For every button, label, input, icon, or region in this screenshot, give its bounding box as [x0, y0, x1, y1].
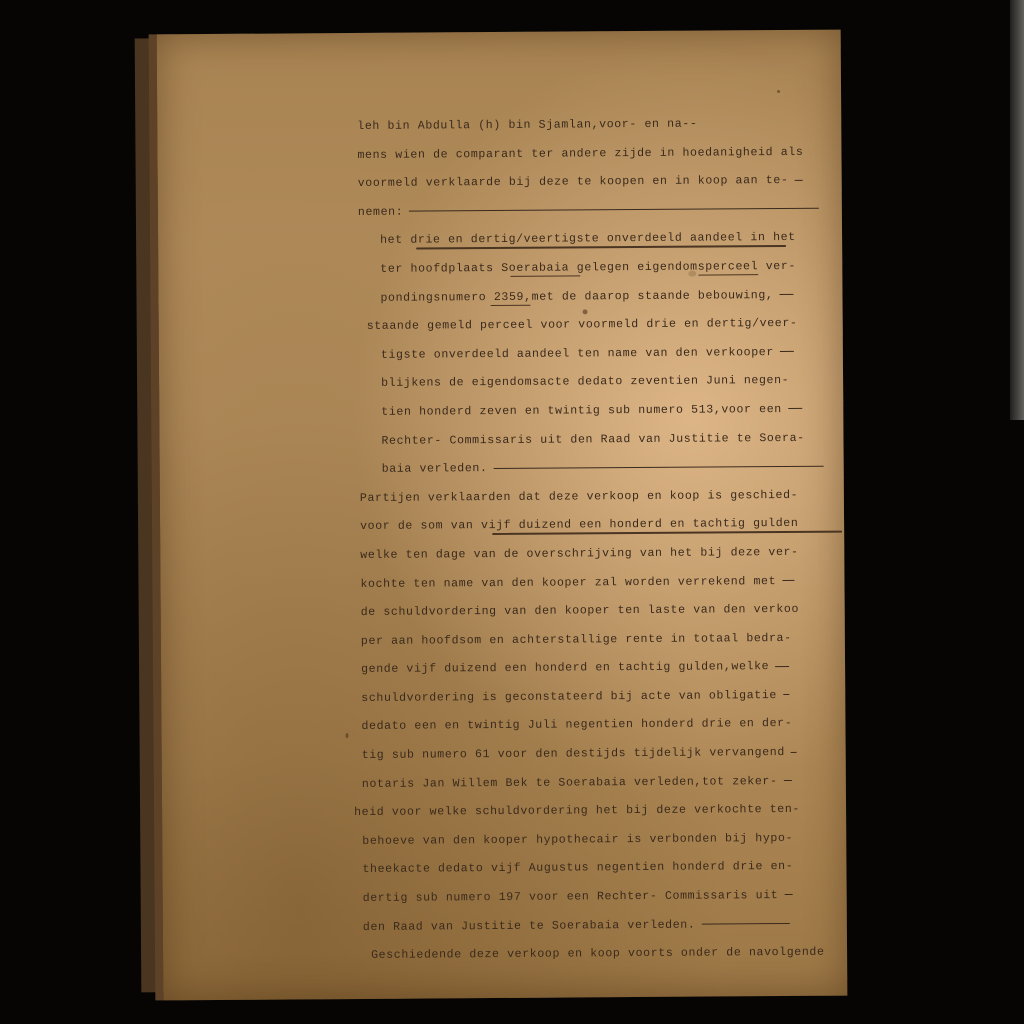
text-line: leh bin Abdulla (h) bin Sjamlan,voor- en…	[357, 110, 837, 142]
text-line: Geschiedende deze verkoop en koop voorts…	[363, 939, 843, 971]
text-line: voor de som van vijf duizend een honderd…	[360, 510, 840, 542]
text-line: behoeve van den kooper hypothecair is ve…	[362, 824, 842, 856]
text-line: het drie en dertig/veertigste onverdeeld…	[358, 224, 838, 256]
text-line: tig sub numero 61 voor den destijds tijd…	[362, 739, 842, 771]
text-line: notaris Jan Willem Bek te Soerabaia verl…	[362, 767, 842, 799]
adjacent-page-edge	[1010, 0, 1024, 420]
text-line: heid voor welke schuldvordering het bij …	[354, 796, 842, 828]
text-line: theekacte dedato vijf Augustus negentien…	[362, 853, 842, 885]
text-line: voormeld verklaarde bij deze te koopen e…	[358, 167, 838, 199]
text-line: de schuldvordering van den kooper ten la…	[361, 596, 841, 628]
underline	[698, 274, 758, 276]
text-line: mens wien de comparant ter andere zijde …	[357, 138, 837, 170]
text-line: per aan hoofdsom en achterstallige rente…	[361, 624, 841, 656]
text-line: gende vijf duizend een honderd en tachti…	[361, 653, 841, 685]
text-line: pondingsnumero 2359,met de daarop staand…	[358, 281, 838, 313]
text-line: den Raad van Justitie te Soerabaia verle…	[363, 910, 843, 942]
text-line: blijkens de eigendomsacte dedato zeventi…	[359, 367, 839, 399]
text-line: tigste onverdeeld aandeel ten name van d…	[359, 338, 839, 370]
text-line: ter hoofdplaats Soerabaia gelegen eigend…	[358, 253, 838, 285]
text-line: baia verleden.	[360, 453, 840, 485]
text-line: staande gemeld perceel voor voormeld dri…	[359, 310, 839, 342]
text-line: tien honderd zeven en twintig sub numero…	[359, 396, 839, 428]
text-line: dedato een en twintig Juli negentien hon…	[361, 710, 841, 742]
paper-spot	[777, 90, 780, 93]
underline	[491, 304, 531, 305]
document-page: leh bin Abdulla (h) bin Sjamlan,voor- en…	[149, 30, 848, 1001]
text-line: Partijen verklaarden dat deze verkoop en…	[360, 481, 840, 513]
text-line: dertig sub numero 197 voor een Rechter- …	[363, 882, 843, 914]
underline	[510, 275, 580, 277]
text-line: nemen:	[358, 195, 838, 227]
paper-spot	[346, 733, 349, 738]
text-line: welke ten dage van de overschrijving van…	[360, 539, 840, 571]
typed-text: leh bin Abdulla (h) bin Sjamlan,voor- en…	[357, 110, 843, 971]
text-line: kochte ten name van den kooper zal worde…	[360, 567, 840, 599]
text-line: schuldvordering is geconstateerd bij act…	[361, 681, 841, 713]
text-line: Rechter- Commissaris uit den Raad van Ju…	[359, 424, 839, 456]
